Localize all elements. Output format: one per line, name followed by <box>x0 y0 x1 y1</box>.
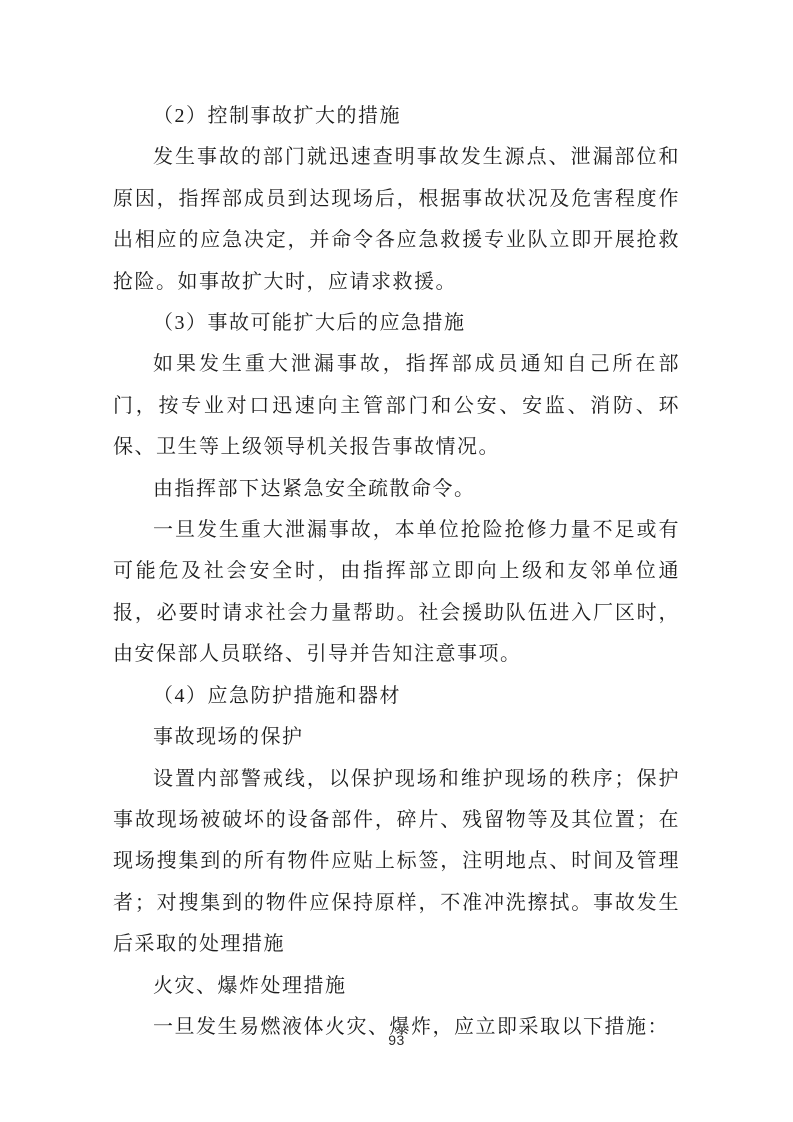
section-heading-2: （2）控制事故扩大的措施 <box>113 96 680 137</box>
page-number: 93 <box>388 1032 405 1048</box>
section-heading-3: （3）事故可能扩大后的应急措施 <box>113 303 680 344</box>
paragraph-external-assistance: 一旦发生重大泄漏事故，本单位抢险抢修力量不足或有可能危及社会安全时，由指挥部立即… <box>113 510 680 676</box>
document-body: （2）控制事故扩大的措施 发生事故的部门就迅速查明事故发生源点、泄漏部位和原因，… <box>113 96 680 1048</box>
paragraph-scene-protection-detail: 设置内部警戒线，以保护现场和维护现场的秩序；保护事故现场被破坏的设备部件，碎片、… <box>113 759 680 966</box>
subsection-heading-fire-explosion: 火灾、爆炸处理措施 <box>113 966 680 1007</box>
paragraph-major-leak-report: 如果发生重大泄漏事故，指挥部成员通知自己所在部门，按专业对口迅速向主管部门和公安… <box>113 344 680 468</box>
paragraph-control-measures: 发生事故的部门就迅速查明事故发生源点、泄漏部位和原因，指挥部成员到达现场后，根据… <box>113 137 680 303</box>
page-footer: 93 <box>0 1032 793 1050</box>
section-heading-4: （4）应急防护措施和器材 <box>113 676 680 717</box>
subsection-heading-scene-protection: 事故现场的保护 <box>113 717 680 758</box>
document-page: （2）控制事故扩大的措施 发生事故的部门就迅速查明事故发生源点、泄漏部位和原因，… <box>0 0 793 1122</box>
paragraph-evacuation-order: 由指挥部下达紧急安全疏散命令。 <box>113 469 680 510</box>
